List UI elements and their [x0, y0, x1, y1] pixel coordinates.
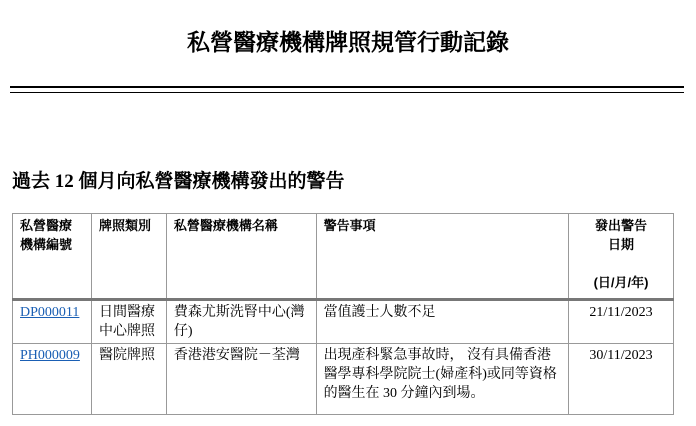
table-row: DP000011 日間醫療中心牌照 費森尤斯洗腎中心(灣仔) 當值護士人數不足 …	[13, 300, 674, 344]
header-code-line2: 機構編號	[20, 237, 72, 252]
header-licence-type: 牌照類別	[91, 214, 166, 300]
page-title: 私營醫療機構牌照規管行動記錄	[0, 24, 696, 57]
section-title: 過去 12 個月向私營醫療機構發出的警告	[12, 166, 345, 193]
divider-thick	[10, 86, 684, 88]
header-institution-code: 私營醫療 機構編號	[13, 214, 92, 300]
table-header-row: 私營醫療 機構編號 牌照類別 私營醫療機構名稱 警告事項 發出警告 日期 (日/…	[13, 214, 674, 300]
cell-licence-type: 醫院牌照	[91, 344, 166, 415]
cell-code: PH000009	[13, 344, 92, 415]
table-row: PH000009 醫院牌照 香港港安醫院－荃灣 出現產科緊急事故時， 沒有具備香…	[13, 344, 674, 415]
cell-warning-matter: 出現產科緊急事故時， 沒有具備香港醫學專科學院院士(婦產科)或同等資格的醫生在 …	[316, 344, 568, 415]
cell-code: DP000011	[13, 300, 92, 344]
cell-institution-name: 費森尤斯洗腎中心(灣仔)	[166, 300, 316, 344]
institution-code-link[interactable]: DP000011	[20, 305, 79, 320]
header-date-line2: 日期	[608, 237, 634, 252]
institution-code-link[interactable]: PH000009	[20, 348, 80, 363]
cell-date: 21/11/2023	[569, 300, 674, 344]
header-institution-name: 私營醫療機構名稱	[166, 214, 316, 300]
header-date-format: (日/月/年)	[594, 275, 649, 290]
cell-warning-matter: 當值護士人數不足	[316, 300, 568, 344]
cell-date: 30/11/2023	[569, 344, 674, 415]
warnings-table: 私營醫療 機構編號 牌照類別 私營醫療機構名稱 警告事項 發出警告 日期 (日/…	[12, 213, 674, 415]
header-code-line1: 私營醫療	[20, 218, 72, 233]
cell-institution-name: 香港港安醫院－荃灣	[166, 344, 316, 415]
header-date-line1: 發出警告	[595, 218, 647, 233]
divider-thin	[10, 92, 684, 93]
cell-licence-type: 日間醫療中心牌照	[91, 300, 166, 344]
header-warning-date: 發出警告 日期 (日/月/年)	[569, 214, 674, 300]
header-warning-matter: 警告事項	[316, 214, 568, 300]
